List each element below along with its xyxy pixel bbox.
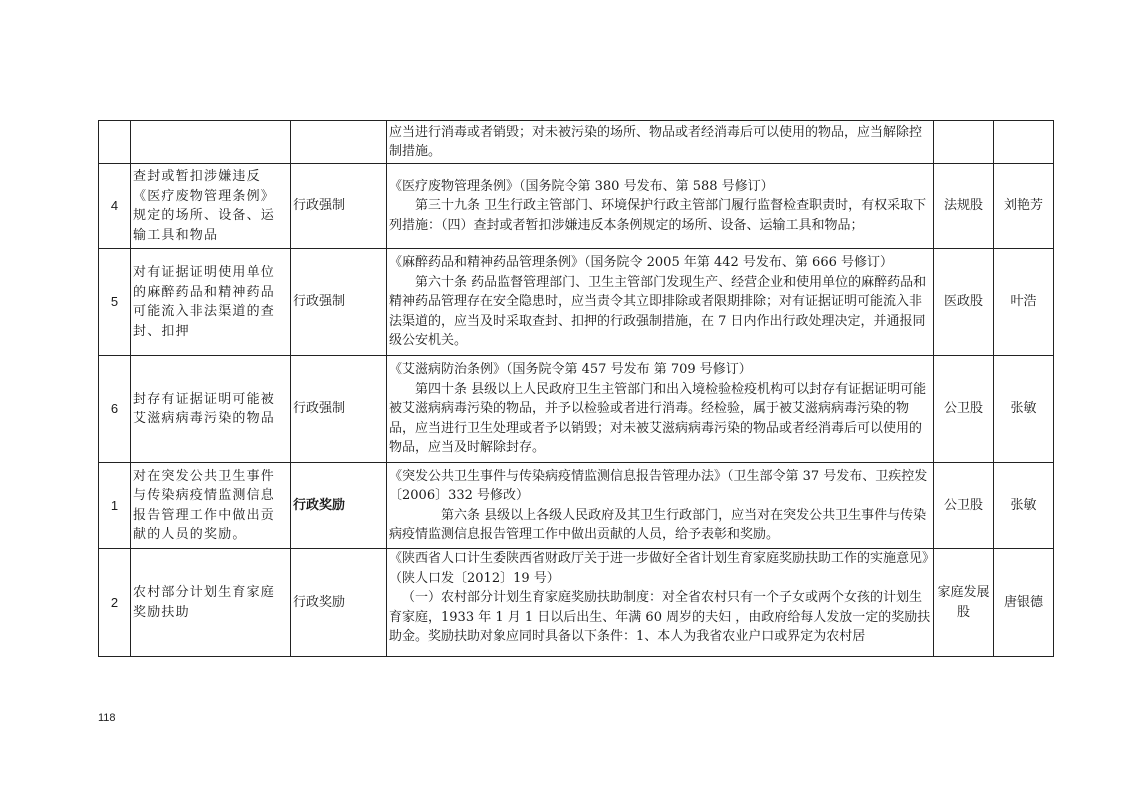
item-name: 对有证据证明使用单位的麻醉药品和精神药品可能流入非法渠道的查封、扣押 [131,249,291,356]
table-row: 6 封存有证据证明可能被艾滋病病毒污染的物品 行政强制 《艾滋病防治条例》（国务… [99,356,1054,463]
table-row: 4 查封或暂扣涉嫌违反《医疗废物管理条例》规定的场所、设备、运输工具和物品 行政… [99,164,1054,249]
responsible-person: 张敏 [994,356,1054,463]
item-type: 行政强制 [291,356,387,463]
row-number: 2 [99,549,131,657]
item-name: 农村部分计划生育家庭奖励扶助 [131,549,291,657]
regulation-article: 第三十九条 卫生行政主管部门、环境保护行政主管部门履行监督检查职责时，有权采取下… [389,196,931,235]
item-name: 封存有证据证明可能被艾滋病病毒污染的物品 [131,356,291,463]
responsible-person: 叶浩 [994,249,1054,356]
table-row: 应当进行消毒或者销毁；对未被污染的场所、物品或者经消毒后可以使用的物品，应当解除… [99,121,1054,164]
legal-basis: 《麻醉药品和精神药品管理条例》（国务院令 2005 年第 442 号发布、第 6… [387,249,934,356]
responsible-department: 公卫股 [934,463,994,549]
item-type: 行政奖励 [291,549,387,657]
row-number: 6 [99,356,131,463]
table-row: 2 农村部分计划生育家庭奖励扶助 行政奖励 《陕西省人口计生委陕西省财政厅关于进… [99,549,1054,657]
item-type: 行政强制 [291,249,387,356]
row-number [99,121,131,164]
regulation-article: 第六条 县级以上各级人民政府及其卫生行政部门，应当对在突发公共卫生事件与传染病疫… [389,506,931,545]
row-number: 1 [99,463,131,549]
item-type: 行政强制 [291,164,387,249]
legal-basis: 《艾滋病防治条例》（国务院令第 457 号发布 第 709 号修订） 第四十条 … [387,356,934,463]
responsible-department: 医政股 [934,249,994,356]
row-number: 4 [99,164,131,249]
authority-list-table: 应当进行消毒或者销毁；对未被污染的场所、物品或者经消毒后可以使用的物品，应当解除… [98,120,1054,657]
item-type [291,121,387,164]
table-row: 1 对在突发公共卫生事件与传染病疫情监测信息报告管理工作中做出贡献的人员的奖励。… [99,463,1054,549]
regulation-title: 《突发公共卫生事件与传染病疫情监测信息报告管理办法》（卫生部令第 37 号发布、… [389,467,931,506]
regulation-title: 《麻醉药品和精神药品管理条例》（国务院令 2005 年第 442 号发布、第 6… [389,253,931,273]
responsible-person: 张敏 [994,463,1054,549]
regulation-title: 《医疗废物管理条例》（国务院令第 380 号发布、第 588 号修订） [389,177,931,197]
responsible-person: 刘艳芳 [994,164,1054,249]
responsible-department: 法规股 [934,164,994,249]
responsible-person: 唐银德 [994,549,1054,657]
table-row: 5 对有证据证明使用单位的麻醉药品和精神药品可能流入非法渠道的查封、扣押 行政强… [99,249,1054,356]
row-number: 5 [99,249,131,356]
regulation-article: 第四十条 县级以上人民政府卫生主管部门和出入境检验检疫机构可以封存有证据证明可能… [389,380,931,458]
item-name: 对在突发公共卫生事件与传染病疫情监测信息报告管理工作中做出贡献的人员的奖励。 [131,463,291,549]
item-type: 行政奖励 [291,463,387,549]
regulation-article: （一）农村部分计划生育家庭奖励扶助制度：对全省农村只有一个子女或两个女孩的计划生… [389,588,931,647]
item-name [131,121,291,164]
legal-basis: 应当进行消毒或者销毁；对未被污染的场所、物品或者经消毒后可以使用的物品，应当解除… [387,121,934,164]
responsible-department [934,121,994,164]
legal-basis: 《陕西省人口计生委陕西省财政厅关于进一步做好全省计划生育家庭奖励扶助工作的实施意… [387,549,934,657]
regulation-article: 第六十条 药品监督管理部门、卫生主管部门发现生产、经营企业和使用单位的麻醉药品和… [389,273,931,351]
page-number: 118 [98,712,116,724]
responsible-department: 公卫股 [934,356,994,463]
legal-basis-text: 应当进行消毒或者销毁；对未被污染的场所、物品或者经消毒后可以使用的物品，应当解除… [389,123,931,162]
legal-basis: 《医疗废物管理条例》（国务院令第 380 号发布、第 588 号修订） 第三十九… [387,164,934,249]
responsible-person [994,121,1054,164]
item-name: 查封或暂扣涉嫌违反《医疗废物管理条例》规定的场所、设备、运输工具和物品 [131,164,291,249]
legal-basis: 《突发公共卫生事件与传染病疫情监测信息报告管理办法》（卫生部令第 37 号发布、… [387,463,934,549]
responsible-department: 家庭发展股 [934,549,994,657]
regulation-title: 《陕西省人口计生委陕西省财政厅关于进一步做好全省计划生育家庭奖励扶助工作的实施意… [389,549,931,588]
regulation-title: 《艾滋病防治条例》（国务院令第 457 号发布 第 709 号修订） [389,360,931,380]
